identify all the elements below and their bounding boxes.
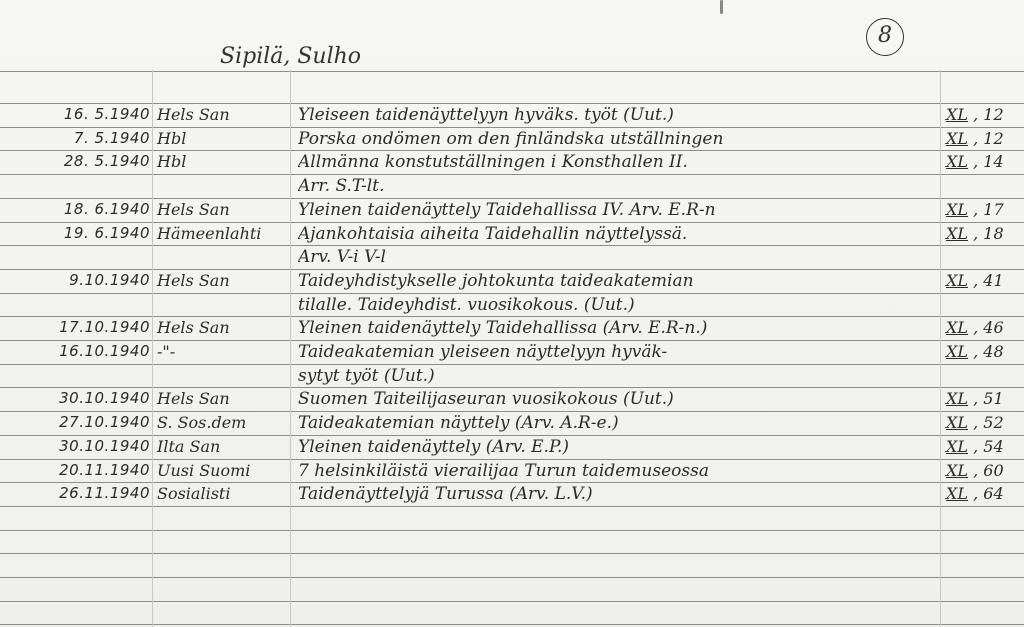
entry-date: 30.10.1940 xyxy=(0,389,150,407)
reference-volume: XL xyxy=(946,152,968,171)
reference-volume: XL xyxy=(946,105,968,124)
entry-newspaper: Hels San xyxy=(157,105,287,124)
entry-newspaper: Hels San xyxy=(157,389,287,408)
reference-volume: XL xyxy=(946,437,968,456)
entry-title: Arv. V-i V-l xyxy=(298,247,938,267)
reference-page: , 12 xyxy=(968,105,1004,124)
entry-newspaper: S. Sos.dem xyxy=(157,413,287,432)
entry-reference: XL , 60 xyxy=(946,461,1024,480)
entry-reference: XL , 64 xyxy=(946,484,1024,503)
entry-newspaper: Hbl xyxy=(157,129,287,148)
entry-newspaper: Hels San xyxy=(157,200,287,219)
reference-volume: XL xyxy=(946,413,968,432)
reference-volume: XL xyxy=(946,389,968,408)
entry-date: 18. 6.1940 xyxy=(0,200,150,218)
entry-title: Arr. S.T-lt. xyxy=(298,176,938,196)
entry-title: Yleinen taidenäyttely Taidehallissa (Arv… xyxy=(298,318,938,338)
entry-newspaper: Sosialisti xyxy=(157,484,287,503)
entry-reference: XL , 51 xyxy=(946,389,1024,408)
entry-row: 28. 5.1940HblXL , 14Allmänna konstutstäl… xyxy=(0,150,1024,174)
entry-reference: XL , 17 xyxy=(946,200,1024,219)
entry-date: 26.11.1940 xyxy=(0,484,150,502)
reference-page: , 48 xyxy=(968,342,1004,361)
entry-date: 20.11.1940 xyxy=(0,461,150,479)
reference-page: , 18 xyxy=(968,224,1004,243)
entry-title: Yleinen taidenäyttely Taidehallissa IV. … xyxy=(298,200,938,220)
reference-page: , 46 xyxy=(968,318,1004,337)
entry-title: 7 helsinkiläistä vierailijaa Turun taide… xyxy=(298,461,938,481)
reference-volume: XL xyxy=(946,271,968,290)
entry-reference: XL , 14 xyxy=(946,152,1024,171)
reference-volume: XL xyxy=(946,200,968,219)
entry-row: 7. 5.1940HblXL , 12Porska ondömen om den… xyxy=(0,127,1024,151)
entry-date: 9.10.1940 xyxy=(0,271,150,289)
entry-reference: XL , 52 xyxy=(946,413,1024,432)
entry-continuation: sytyt työt (Uut.) xyxy=(0,364,1024,388)
entry-reference: XL , 41 xyxy=(946,271,1024,290)
person-name: Sipilä, Sulho xyxy=(220,44,361,69)
reference-volume: XL xyxy=(946,224,968,243)
entry-continuation: tilalle. Taideyhdist. vuosikokous. (Uut.… xyxy=(0,293,1024,317)
rule-line xyxy=(0,553,1024,554)
reference-page: , 51 xyxy=(968,389,1004,408)
entry-title: Allmänna konstutställningen i Konsthalle… xyxy=(298,152,938,172)
reference-volume: XL xyxy=(946,484,968,503)
entry-title: Taidenäyttelyjä Turussa (Arv. L.V.) xyxy=(298,484,938,504)
entry-title: sytyt työt (Uut.) xyxy=(298,366,938,386)
entry-date: 16. 5.1940 xyxy=(0,105,150,123)
entry-newspaper: Hämeenlahti xyxy=(157,224,287,243)
page-number: 8 xyxy=(866,18,904,56)
entry-title: Taideakatemian yleiseen näyttelyyn hyväk… xyxy=(298,342,938,362)
rule-line xyxy=(0,71,1024,72)
entry-reference: XL , 48 xyxy=(946,342,1024,361)
entry-date: 17.10.1940 xyxy=(0,318,150,336)
entry-continuation: Arr. S.T-lt. xyxy=(0,174,1024,198)
entry-newspaper: Hels San xyxy=(157,271,287,290)
index-card: Sipilä, Sulho 8 16. 5.1940Hels SanXL , 1… xyxy=(0,0,1024,627)
entry-newspaper: Ilta San xyxy=(157,437,287,456)
rule-line xyxy=(0,624,1024,625)
reference-volume: XL xyxy=(946,342,968,361)
entry-row: 30.10.1940Hels SanXL , 51Suomen Taiteili… xyxy=(0,387,1024,411)
entry-row: 17.10.1940Hels SanXL , 46Yleinen taidenä… xyxy=(0,316,1024,340)
entry-newspaper: Hbl xyxy=(157,152,287,171)
entry-reference: XL , 12 xyxy=(946,129,1024,148)
entry-newspaper: Hels San xyxy=(157,318,287,337)
entry-row: 27.10.1940S. Sos.demXL , 52Taideakatemia… xyxy=(0,411,1024,435)
entry-reference: XL , 46 xyxy=(946,318,1024,337)
reference-page: , 64 xyxy=(968,484,1004,503)
entry-row: 18. 6.1940Hels SanXL , 17Yleinen taidenä… xyxy=(0,198,1024,222)
entry-reference: XL , 12 xyxy=(946,105,1024,124)
entry-row: 30.10.1940Ilta SanXL , 54Yleinen taidenä… xyxy=(0,435,1024,459)
entry-title: Taideyhdistykselle johtokunta taideakate… xyxy=(298,271,938,291)
reference-page: , 41 xyxy=(968,271,1004,290)
rule-line xyxy=(0,577,1024,578)
entry-title: Yleiseen taidenäyttelyyn hyväks. työt (U… xyxy=(298,105,938,125)
reference-page: , 60 xyxy=(968,461,1004,480)
entry-reference: XL , 18 xyxy=(946,224,1024,243)
entry-date: 19. 6.1940 xyxy=(0,224,150,242)
entry-row: 19. 6.1940HämeenlahtiXL , 18Ajankohtaisi… xyxy=(0,222,1024,246)
reference-volume: XL xyxy=(946,318,968,337)
reference-page: , 54 xyxy=(968,437,1004,456)
entry-row: 16.10.1940-"-XL , 48Taideakatemian yleis… xyxy=(0,340,1024,364)
entry-reference: XL , 54 xyxy=(946,437,1024,456)
entry-newspaper: -"- xyxy=(157,342,287,361)
entry-newspaper: Uusi Suomi xyxy=(157,461,287,480)
entry-title: Taideakatemian näyttely (Arv. A.R-e.) xyxy=(298,413,938,433)
entry-date: 27.10.1940 xyxy=(0,413,150,431)
entry-row: 26.11.1940SosialistiXL , 64Taidenäyttely… xyxy=(0,482,1024,506)
rule-line xyxy=(0,506,1024,507)
entry-row: 20.11.1940Uusi SuomiXL , 607 helsinkiläi… xyxy=(0,459,1024,483)
entry-row: 16. 5.1940Hels SanXL , 12Yleiseen taiden… xyxy=(0,103,1024,127)
entry-title: Yleinen taidenäyttely (Arv. E.P.) xyxy=(298,437,938,457)
ink-spot xyxy=(720,0,723,14)
rule-line xyxy=(0,530,1024,531)
entry-title: Suomen Taiteilijaseuran vuosikokous (Uut… xyxy=(298,389,938,409)
entry-title: tilalle. Taideyhdist. vuosikokous. (Uut.… xyxy=(298,295,938,315)
entry-date: 30.10.1940 xyxy=(0,437,150,455)
entry-row: 9.10.1940Hels SanXL , 41Taideyhdistyksel… xyxy=(0,269,1024,293)
entry-date: 7. 5.1940 xyxy=(0,129,150,147)
reference-page: , 52 xyxy=(968,413,1004,432)
entry-title: Ajankohtaisia aiheita Taidehallin näytte… xyxy=(298,224,938,244)
entry-date: 28. 5.1940 xyxy=(0,152,150,170)
reference-page: , 17 xyxy=(968,200,1004,219)
reference-page: , 14 xyxy=(968,152,1004,171)
reference-volume: XL xyxy=(946,129,968,148)
entry-title: Porska ondömen om den finländska utställ… xyxy=(298,129,938,149)
entry-date: 16.10.1940 xyxy=(0,342,150,360)
reference-volume: XL xyxy=(946,461,968,480)
rule-line xyxy=(0,601,1024,602)
entry-continuation: Arv. V-i V-l xyxy=(0,245,1024,269)
reference-page: , 12 xyxy=(968,129,1004,148)
